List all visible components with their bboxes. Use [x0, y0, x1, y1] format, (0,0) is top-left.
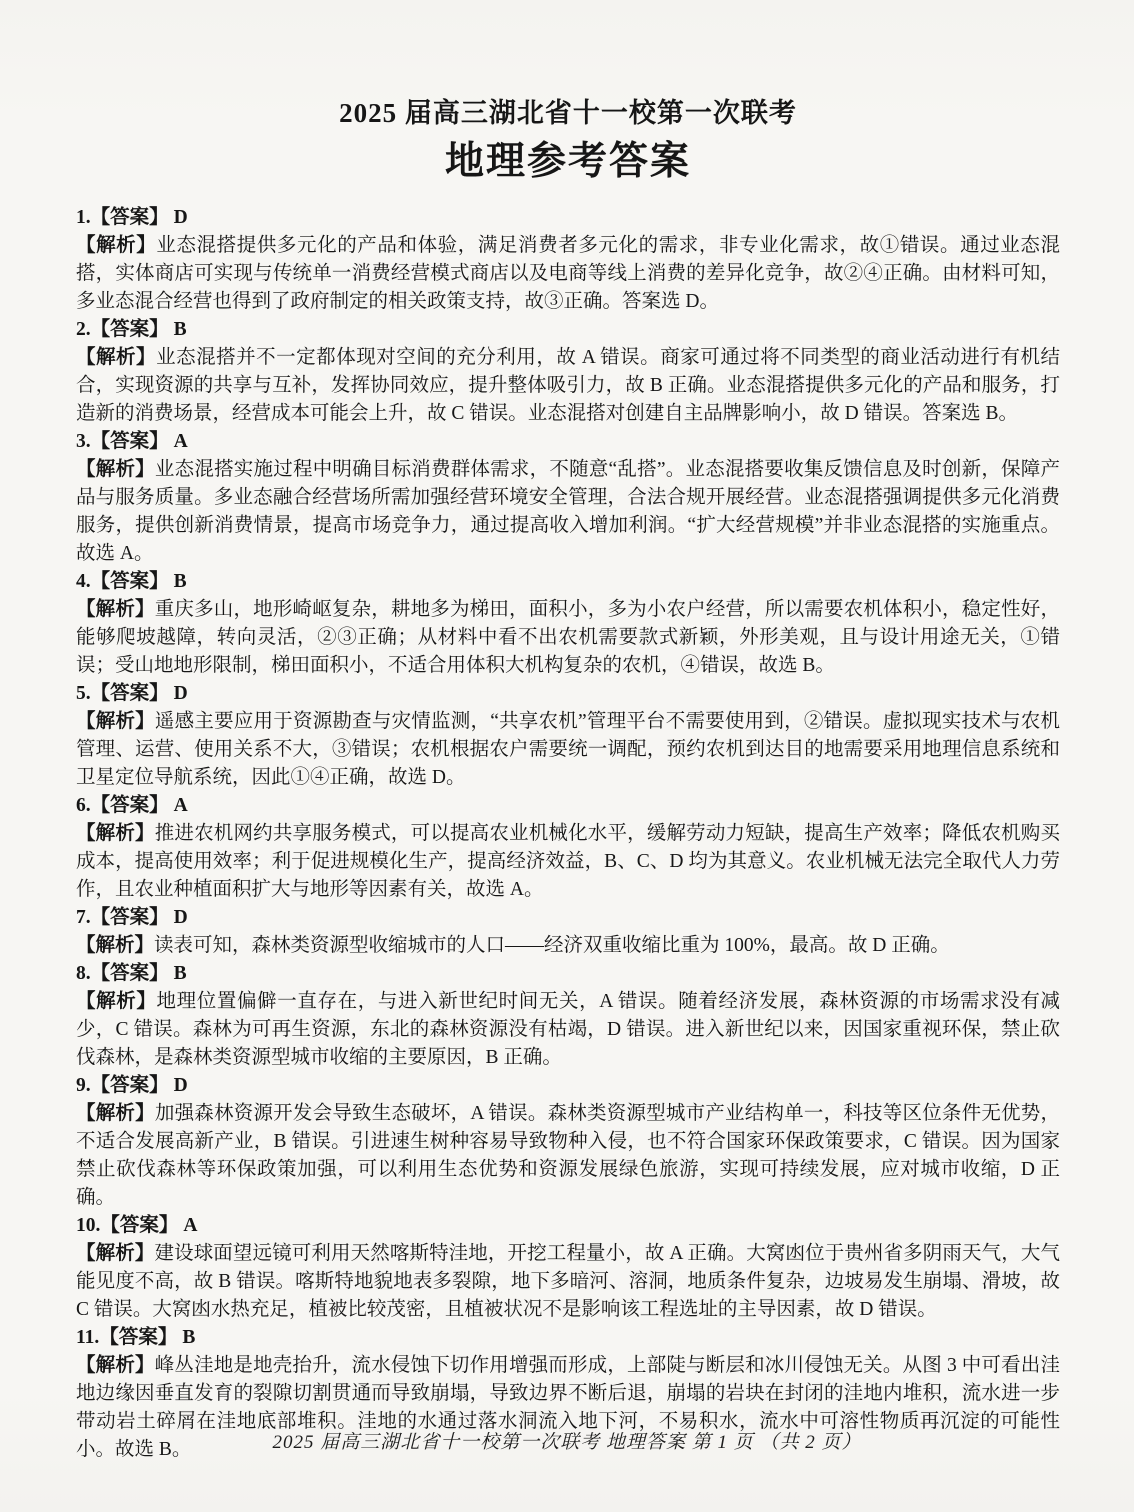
analysis-label: 【解析】: [76, 1103, 155, 1124]
analysis-text: 业态混搭提供多元化的产品和体验，满足消费者多元化的需求，非专业化需求，故①错误。…: [76, 235, 1060, 312]
analysis-label: 【解析】: [76, 459, 155, 480]
question-number: 8.: [76, 963, 91, 984]
analysis-paragraph: 【解析】遥感主要应用于资源勘查与灾情监测，“共享农机”管理平台不需要使用到，②错…: [76, 708, 1060, 792]
answer-choice: D: [169, 683, 188, 704]
analysis-label: 【解析】: [76, 711, 155, 732]
question-item-10: 10.【答案】A 【解析】建设球面望远镜可利用天然喀斯特洼地，开挖工程量小，故 …: [76, 1212, 1060, 1324]
analysis-paragraph: 【解析】加强森林资源开发会导致生态破坏，A 错误。森林类资源型城市产业结构单一，…: [76, 1100, 1060, 1212]
question-item-2: 2.【答案】B 【解析】业态混搭并不一定都体现对空间的充分利用，故 A 错误。商…: [76, 316, 1060, 428]
answer-line: 3.【答案】A: [76, 428, 1060, 456]
answer-choice: D: [169, 207, 188, 228]
answer-list: 1.【答案】D 【解析】业态混搭提供多元化的产品和体验，满足消费者多元化的需求，…: [76, 204, 1060, 1464]
answer-label: 【答案】: [99, 1327, 177, 1348]
answer-label: 【答案】: [91, 207, 169, 228]
answer-choice: B: [169, 319, 187, 340]
question-number: 1.: [76, 207, 91, 228]
answer-line: 6.【答案】A: [76, 792, 1060, 820]
answer-choice: D: [169, 907, 188, 928]
question-item-6: 6.【答案】A 【解析】推进农机网约共享服务模式，可以提高农业机械化水平，缓解劳…: [76, 792, 1060, 904]
analysis-text: 业态混搭并不一定都体现对空间的充分利用，故 A 错误。商家可通过将不同类型的商业…: [76, 347, 1060, 424]
question-number: 2.: [76, 319, 91, 340]
answer-choice: B: [169, 963, 187, 984]
exam-title: 2025 届高三湖北省十一校第一次联考: [76, 96, 1060, 130]
question-number: 3.: [76, 431, 91, 452]
analysis-label: 【解析】: [76, 347, 156, 368]
answer-choice: A: [169, 795, 188, 816]
answer-choice: D: [169, 1075, 188, 1096]
analysis-paragraph: 【解析】业态混搭提供多元化的产品和体验，满足消费者多元化的需求，非专业化需求，故…: [76, 232, 1060, 316]
analysis-paragraph: 【解析】业态混搭并不一定都体现对空间的充分利用，故 A 错误。商家可通过将不同类…: [76, 344, 1060, 428]
analysis-paragraph: 【解析】推进农机网约共享服务模式，可以提高农业机械化水平，缓解劳动力短缺，提高生…: [76, 820, 1060, 904]
analysis-text: 推进农机网约共享服务模式，可以提高农业机械化水平，缓解劳动力短缺，提高生产效率；…: [76, 823, 1060, 900]
analysis-text: 建设球面望远镜可利用天然喀斯特洼地，开挖工程量小，故 A 正确。大窝凼位于贵州省…: [76, 1243, 1060, 1320]
question-item-9: 9.【答案】D 【解析】加强森林资源开发会导致生态破坏，A 错误。森林类资源型城…: [76, 1072, 1060, 1212]
question-number: 7.: [76, 907, 91, 928]
question-item-4: 4.【答案】B 【解析】重庆多山，地形崎岖复杂，耕地多为梯田，面积小，多为小农户…: [76, 568, 1060, 680]
analysis-paragraph: 【解析】地理位置偏僻一直存在，与进入新世纪时间无关，A 错误。随着经济发展，森林…: [76, 988, 1060, 1072]
analysis-text: 遥感主要应用于资源勘查与灾情监测，“共享农机”管理平台不需要使用到，②错误。虚拟…: [76, 711, 1060, 788]
question-number: 6.: [76, 795, 91, 816]
question-item-5: 5.【答案】D 【解析】遥感主要应用于资源勘查与灾情监测，“共享农机”管理平台不…: [76, 680, 1060, 792]
analysis-paragraph: 【解析】读表可知，森林类资源型收缩城市的人口——经济双重收缩比重为 100%，最…: [76, 932, 1060, 960]
analysis-paragraph: 【解析】业态混搭实施过程中明确目标消费群体需求，不随意“乱搭”。业态混搭要收集反…: [76, 456, 1060, 568]
answer-choice: A: [169, 431, 188, 452]
answer-line: 8.【答案】B: [76, 960, 1060, 988]
answer-label: 【答案】: [91, 683, 169, 704]
answer-line: 1.【答案】D: [76, 204, 1060, 232]
answer-line: 2.【答案】B: [76, 316, 1060, 344]
analysis-text: 业态混搭实施过程中明确目标消费群体需求，不随意“乱搭”。业态混搭要收集反馈信息及…: [76, 459, 1060, 564]
analysis-text: 加强森林资源开发会导致生态破坏，A 错误。森林类资源型城市产业结构单一，科技等区…: [76, 1103, 1060, 1208]
question-number: 10.: [76, 1215, 100, 1236]
analysis-label: 【解析】: [76, 1243, 154, 1264]
answer-label: 【答案】: [100, 1215, 178, 1236]
answer-label: 【答案】: [91, 963, 169, 984]
answer-label: 【答案】: [91, 319, 169, 340]
document-page: 2025 届高三湖北省十一校第一次联考 地理参考答案 1.【答案】D 【解析】业…: [0, 0, 1134, 1512]
analysis-paragraph: 【解析】建设球面望远镜可利用天然喀斯特洼地，开挖工程量小，故 A 正确。大窝凼位…: [76, 1240, 1060, 1324]
answer-line: 11.【答案】B: [76, 1324, 1060, 1352]
question-item-1: 1.【答案】D 【解析】业态混搭提供多元化的产品和体验，满足消费者多元化的需求，…: [76, 204, 1060, 316]
answer-label: 【答案】: [91, 1075, 169, 1096]
answer-line: 10.【答案】A: [76, 1212, 1060, 1240]
question-number: 5.: [76, 683, 91, 704]
answer-choice: B: [177, 1327, 195, 1348]
question-item-3: 3.【答案】A 【解析】业态混搭实施过程中明确目标消费群体需求，不随意“乱搭”。…: [76, 428, 1060, 568]
analysis-label: 【解析】: [76, 991, 157, 1012]
answer-line: 9.【答案】D: [76, 1072, 1060, 1100]
analysis-label: 【解析】: [76, 1355, 155, 1376]
analysis-label: 【解析】: [76, 235, 156, 256]
analysis-label: 【解析】: [76, 823, 155, 844]
answer-label: 【答案】: [91, 571, 169, 592]
page-footer: 2025 届高三湖北省十一校第一次联考 地理答案 第 1 页 （共 2 页）: [0, 1427, 1134, 1454]
answer-label: 【答案】: [91, 795, 169, 816]
answer-label: 【答案】: [91, 431, 169, 452]
question-number: 11.: [76, 1327, 99, 1348]
answer-key-subtitle: 地理参考答案: [76, 138, 1060, 186]
question-number: 9.: [76, 1075, 91, 1096]
answer-line: 4.【答案】B: [76, 568, 1060, 596]
answer-choice: A: [178, 1215, 197, 1236]
answer-line: 7.【答案】D: [76, 904, 1060, 932]
question-number: 4.: [76, 571, 91, 592]
answer-choice: B: [169, 571, 187, 592]
analysis-paragraph: 【解析】重庆多山，地形崎岖复杂，耕地多为梯田，面积小，多为小农户经营，所以需要农…: [76, 596, 1060, 680]
analysis-text: 读表可知，森林类资源型收缩城市的人口——经济双重收缩比重为 100%，最高。故 …: [154, 935, 950, 956]
answer-line: 5.【答案】D: [76, 680, 1060, 708]
analysis-label: 【解析】: [76, 935, 154, 956]
analysis-text: 重庆多山，地形崎岖复杂，耕地多为梯田，面积小，多为小农户经营，所以需要农机体积小…: [76, 599, 1060, 676]
analysis-label: 【解析】: [76, 599, 155, 620]
answer-label: 【答案】: [91, 907, 169, 928]
question-item-8: 8.【答案】B 【解析】地理位置偏僻一直存在，与进入新世纪时间无关，A 错误。随…: [76, 960, 1060, 1072]
analysis-text: 地理位置偏僻一直存在，与进入新世纪时间无关，A 错误。随着经济发展，森林资源的市…: [76, 991, 1060, 1068]
question-item-7: 7.【答案】D 【解析】读表可知，森林类资源型收缩城市的人口——经济双重收缩比重…: [76, 904, 1060, 960]
